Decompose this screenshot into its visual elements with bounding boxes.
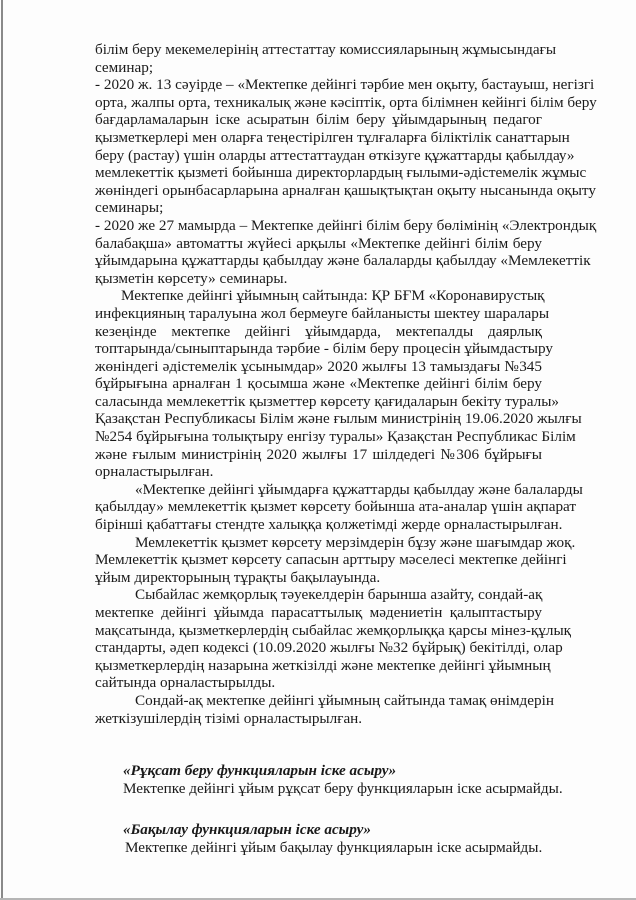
scan-edge-left [1,0,3,898]
paragraph-info-stand: «Мектепке дейінгі ұйымдарға құжаттарды қ… [95,481,542,534]
text-line: және ғылым министрінің 2020 жылғы 17 шіл… [95,446,542,464]
text-line: инфекцияның таралуына жол бермеуге байла… [95,305,542,323]
text-line: мемлекеттік қызметі бойынша директорлард… [95,164,542,182]
text-line: бағдарламаларын іске асыратын білім беру… [95,111,542,129]
text-line: топтарында/сыныптарында тәрбие - білім б… [95,340,542,358]
paragraph-food-suppliers: Сондай-ақ мектепке дейінгі ұйымның сайты… [95,692,542,727]
spacer [95,727,542,745]
paragraph-april-seminar: - 2020 ж. 13 сәуірде – «Мектепке дейінгі… [95,76,542,217]
text-line: Қазақстан Республикасы Білім және ғылым … [95,410,542,428]
text-line: орта, жалпы орта, техникалық және кәсіпт… [95,94,542,112]
text-line: Мемлекеттік қызмет көрсету мерзімдерін б… [95,534,542,552]
text-line: кезеңінде мектепке дейінгі ұйымдарда, ме… [95,323,542,341]
text-line: орналастырылған. [95,463,542,481]
paragraph-anti-corruption: Сыбайлас жемқорлық тәуекелдерін барынша … [95,586,542,692]
text-line: қабылдау» мемлекеттік қызмет көрсету бой… [95,498,542,516]
text-line: - 2020 ж. 13 сәуірде – «Мектепке дейінгі… [95,76,542,94]
text-line: Сондай-ақ мектепке дейінгі ұйымның сайты… [95,692,542,710]
text-line: білім беру мекемелерінің аттестаттау ком… [95,41,542,59]
document-page: білім беру мекемелерінің аттестаттау ком… [0,0,636,900]
text-line: мектепке дейінгі ұйымда парасаттылық мәд… [95,604,542,622]
text-line: - 2020 же 27 мамырда – Мектепке дейінгі … [95,217,542,235]
text-line: қызметкерлердің назарына жеткізілді және… [95,657,542,675]
section-body: Мектепке дейінгі ұйым бақылау функциялар… [95,839,542,857]
paragraph-may-seminar: - 2020 же 27 мамырда – Мектепке дейінгі … [95,217,542,287]
text-line: сайтында орналастырылды. [95,674,542,692]
text-line: Сыбайлас жемқорлық тәуекелдерін барынша … [95,586,542,604]
text-line: балабақша» автоматты жүйесі арқылы «Мект… [95,235,542,253]
section-body: Мектепке дейінгі ұйым рұқсат беру функци… [95,780,542,798]
text-line: мақсатында, қызметкерлердің сыбайлас жем… [95,622,542,640]
text-line: семинары; [95,199,542,217]
spacer [95,745,542,763]
text-line: ұйым директорының тұрақты бақылауында. [95,569,542,587]
text-line: жөніндегі әдістемелік ұсынымдар» 2020 жы… [95,358,542,376]
paragraph-attestation-commission: білім беру мекемелерінің аттестаттау ком… [95,41,542,76]
text-line: семинар; [95,59,542,77]
text-line: бірінші қабаттағы стендте халыққа қолжет… [95,516,542,534]
text-line: №254 бұйрығына толықтыру енгізу туралы» … [95,428,542,446]
section-heading: «Бақылау функцияларын іске асыру» [95,821,542,839]
text-line: стандарты, әдеп кодексі (10.09.2020 жылғ… [95,639,542,657]
text-line: беру (растау) үшін оларды аттестаттаудан… [95,147,542,165]
text-line: «Мектепке дейінгі ұйымдарға құжаттарды қ… [95,481,542,499]
text-line: қызметін көрсету» семинары. [95,270,542,288]
text-line: бұйрығына арналған 1 қосымша және «Мекте… [95,375,542,393]
section-heading: «Рұқсат беру функцияларын іске асыру» [95,762,542,780]
document-body: білім беру мекемелерінің аттестаттау ком… [95,41,542,856]
section-control-functions: «Бақылау функцияларын іске асыру» Мектеп… [95,821,542,856]
text-line: Мектепке дейінгі ұйымның сайтында: ҚР БҒ… [95,287,542,305]
text-line: жеткізушілердің тізімі орналастырылған. [95,710,542,728]
text-line: саласында мемлекеттік қызметтер көрсету … [95,393,542,411]
text-line: ұйымдарына құжаттарды қабылдау және бала… [95,252,542,270]
paragraph-website-documents: Мектепке дейінгі ұйымның сайтында: ҚР БҒ… [95,287,542,481]
text-line: Мемлекеттік қызмет көрсету сапасын артты… [95,551,542,569]
spacer [95,798,542,816]
section-permit-functions: «Рұқсат беру функцияларын іске асыру» Ме… [95,762,542,797]
text-line: қызметкерлері мен оларға теңестірілген т… [95,129,542,147]
paragraph-no-complaints: Мемлекеттік қызмет көрсету мерзімдерін б… [95,534,542,587]
text-line: жөніндегі орынбасарларына арналған қашық… [95,182,542,200]
